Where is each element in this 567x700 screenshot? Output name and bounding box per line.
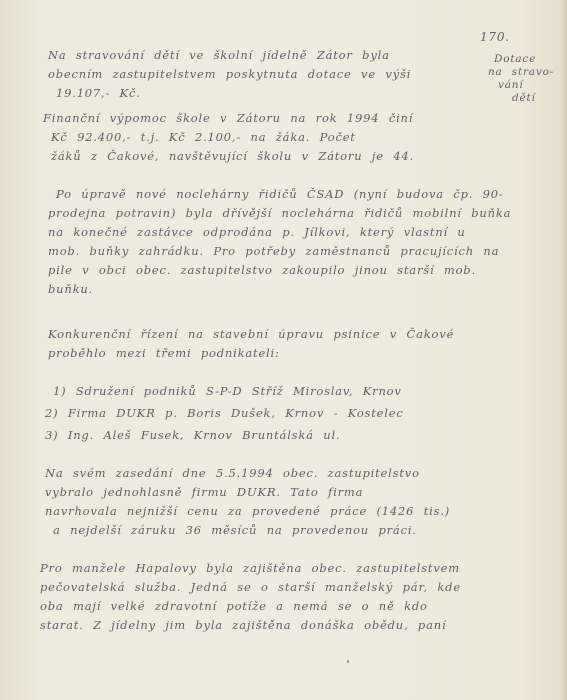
text-line: 19.107,- Kč. (48, 84, 411, 103)
text-line: mob. buňky zahrádku. Pro potřeby zaměstn… (48, 242, 511, 261)
handwritten-chronicle-page: 170. Dotace na stravo- vání dětí Na stra… (0, 0, 567, 700)
paragraph-meal-subsidy: Na stravování dětí ve školní jídelně Zát… (48, 46, 411, 103)
paragraph-council-decision: Na svém zasedání dne 5.5.1994 obec. zast… (45, 464, 450, 540)
text-line: vybralo jednohlasně firmu DUKR. Tato fir… (45, 483, 450, 502)
text-line: oba mají velké zdravotní potíže a nemá s… (40, 597, 461, 616)
text-line: Konkurenční řízení na stavební úpravu ps… (48, 325, 454, 344)
text-line: prodejna potravin) byla dřívější noclehá… (48, 204, 511, 223)
text-line: Finanční výpomoc škole v Zátoru na rok 1… (43, 109, 414, 128)
text-line: proběhlo mezi třemi podnikateli: (48, 344, 454, 363)
page-edge-shadow (561, 0, 567, 700)
text-line: Kč 92.400,- t.j. Kč 2.100,- na žáka. Poč… (43, 128, 414, 147)
text-line: buňku. (48, 280, 511, 299)
pencil-mark (347, 660, 349, 663)
list-item: 2) Firma DUKR p. Boris Dušek, Krnov - Ko… (45, 402, 404, 424)
list-item: 3) Ing. Aleš Fusek, Krnov Bruntálská ul. (45, 424, 404, 446)
text-line: navrhovala nejnižší cenu za provedené pr… (45, 502, 450, 521)
margin-note: Dotace na stravo- vání dětí (488, 53, 554, 105)
text-line: starat. Z jídelny jim byla zajištěna don… (40, 616, 461, 635)
text-line: Na stravování dětí ve školní jídelně Zát… (48, 46, 411, 65)
page-number: 170. (480, 28, 510, 47)
margin-note-line: vání (488, 79, 554, 92)
text-line: pečovatelská služba. Jedná se o starší m… (40, 578, 461, 597)
text-line: a nejdelší záruku 36 měsíců na provedeno… (45, 521, 450, 540)
text-line: žáků z Čakové, navštěvující školu v Záto… (43, 147, 414, 166)
paragraph-school-support: Finanční výpomoc škole v Zátoru na rok 1… (43, 109, 414, 166)
text-line: na konečné zastávce odprodána p. Jílkovi… (48, 223, 511, 242)
text-line: Pro manžele Hapalovy byla zajištěna obec… (40, 559, 461, 578)
paragraph-drivers-hostel: Po úpravě nové noclehárny řidičů ČSAD (n… (48, 185, 511, 299)
list-bidders: 1) Sdružení podniků S-P-D Stříž Miroslav… (45, 380, 404, 446)
margin-note-line: na stravo- (488, 66, 554, 79)
list-item: 1) Sdružení podniků S-P-D Stříž Miroslav… (45, 380, 404, 402)
margin-note-line: dětí (488, 92, 554, 105)
text-line: Na svém zasedání dne 5.5.1994 obec. zast… (45, 464, 450, 483)
paragraph-care-service: Pro manžele Hapalovy byla zajištěna obec… (40, 559, 461, 635)
text-line: Po úpravě nové noclehárny řidičů ČSAD (n… (48, 185, 511, 204)
margin-note-line: Dotace (488, 53, 554, 66)
text-line: pile v obci obec. zastupitelstvo zakoupi… (48, 261, 511, 280)
text-line: obecním zastupitelstvem poskytnuta dotac… (48, 65, 411, 84)
paragraph-tender: Konkurenční řízení na stavební úpravu ps… (48, 325, 454, 363)
